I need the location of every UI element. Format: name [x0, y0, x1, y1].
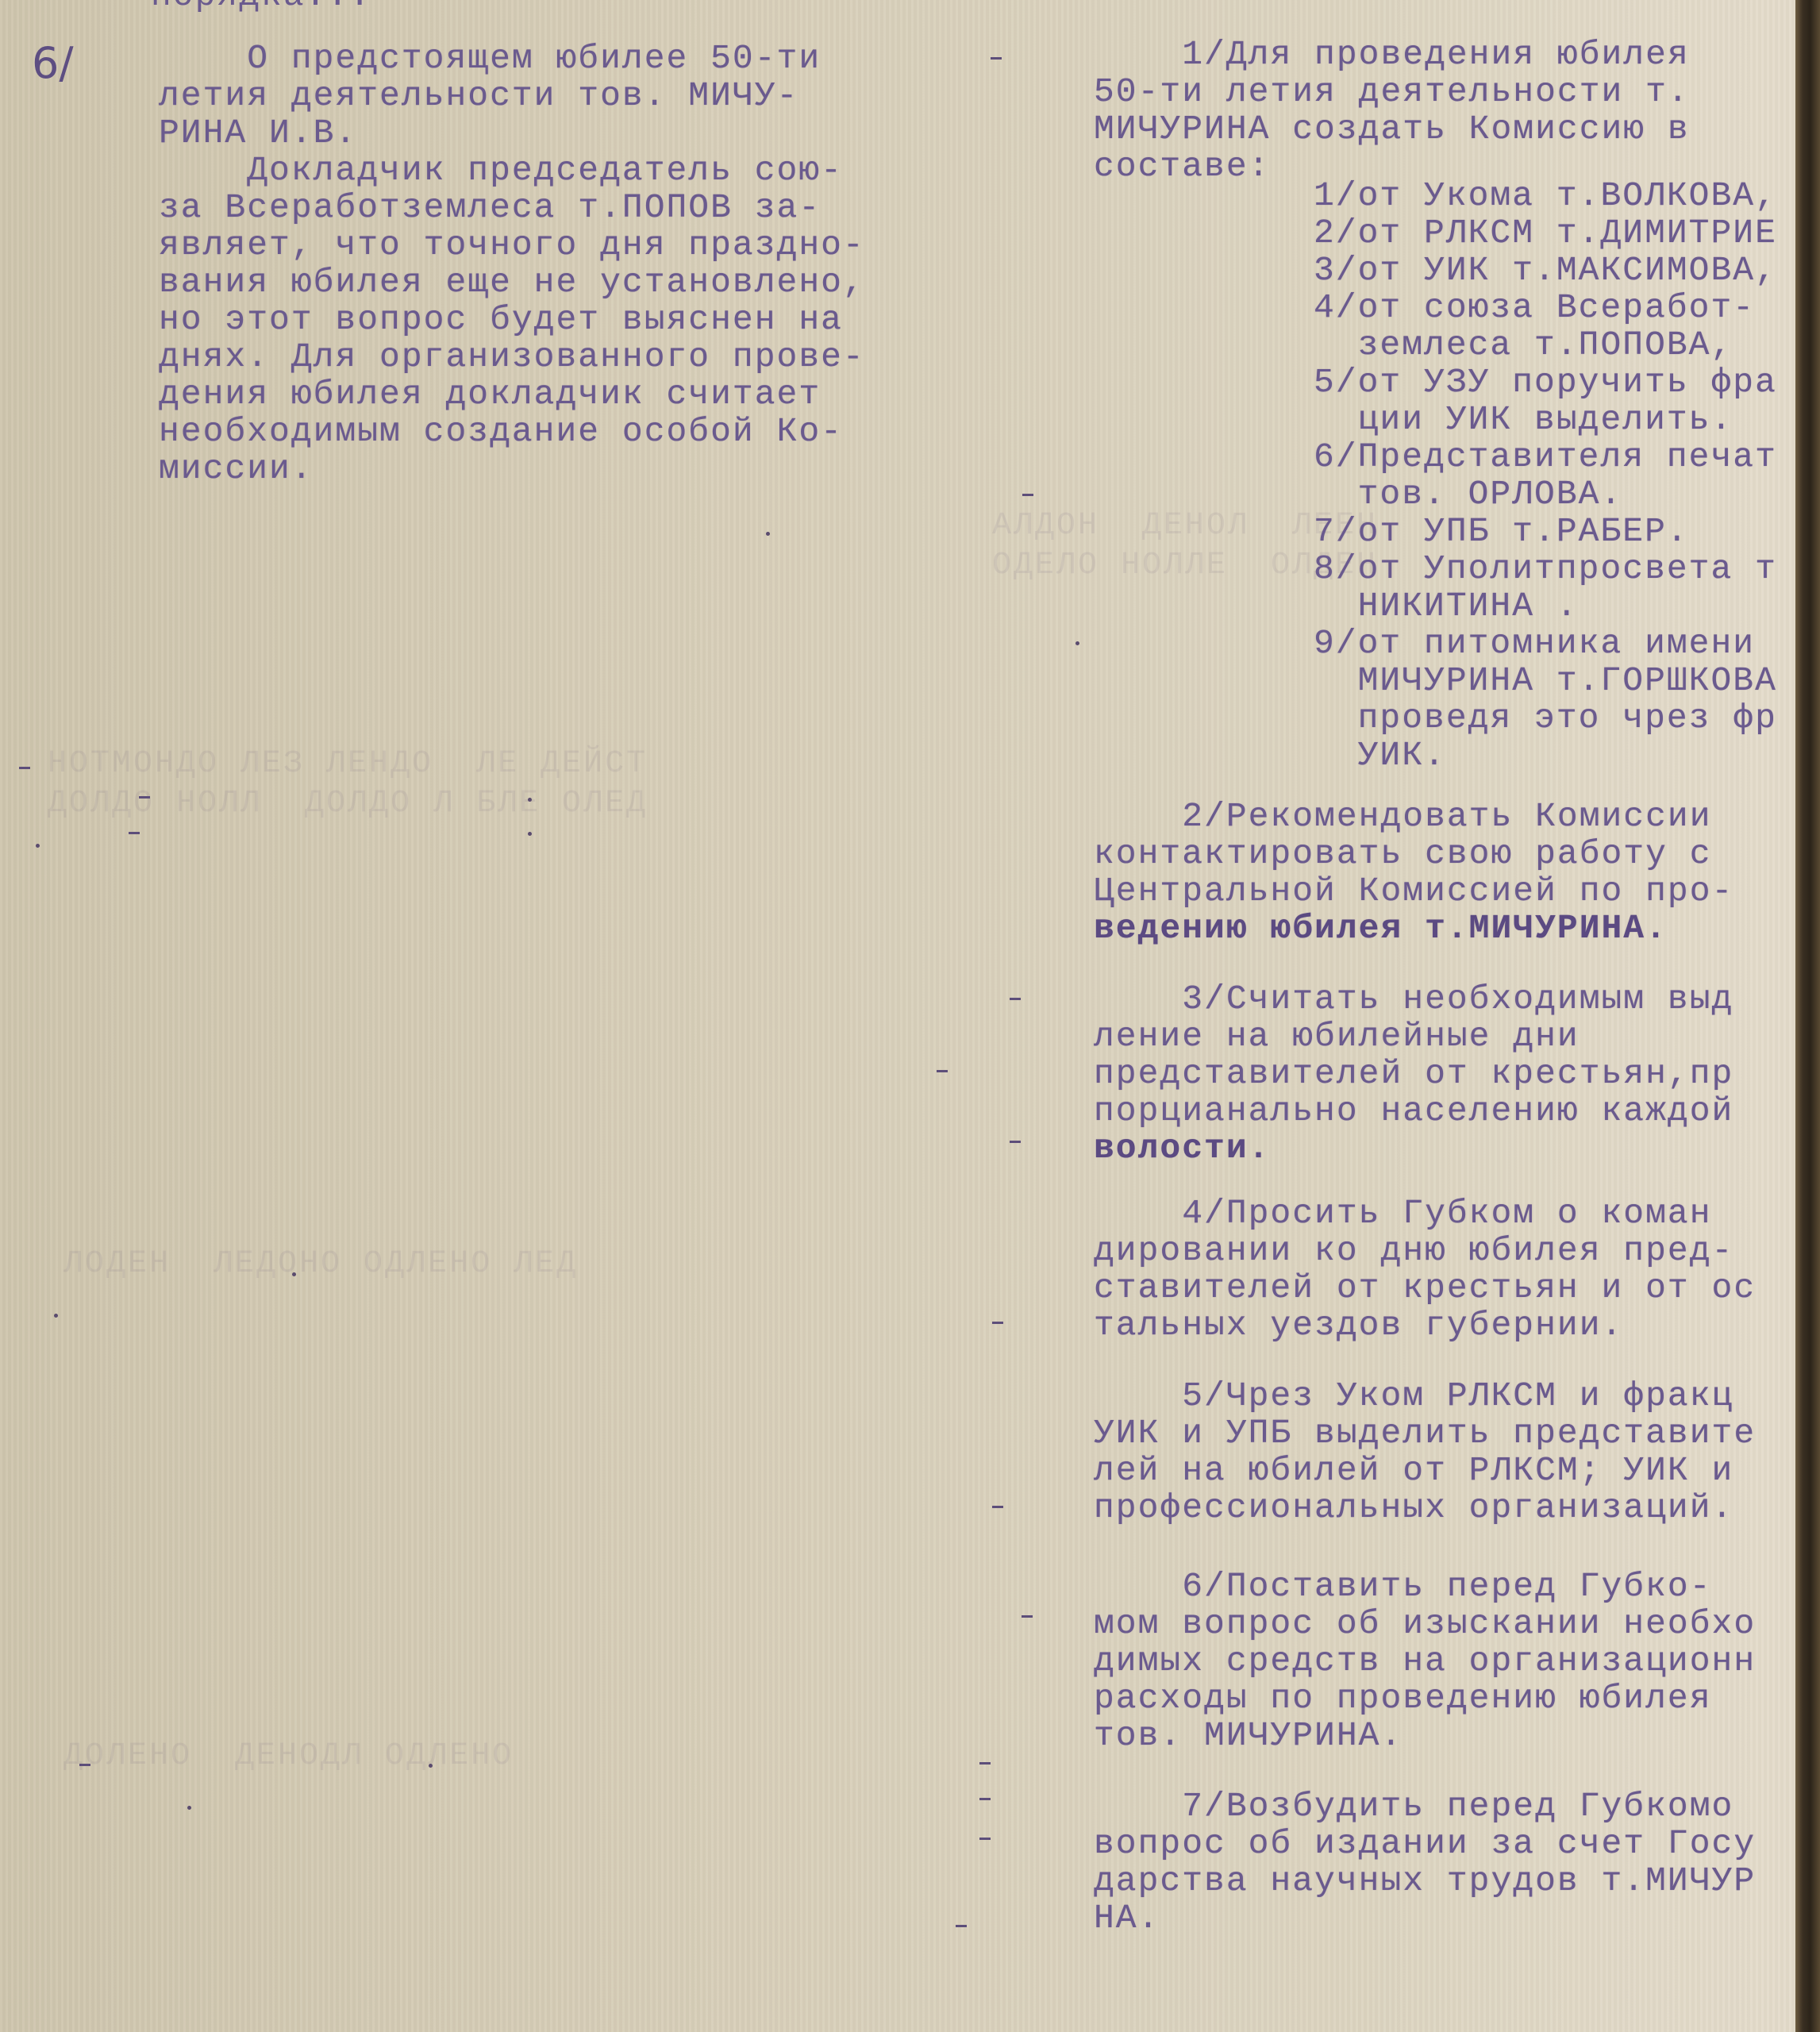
stray-dash-mark [19, 767, 30, 769]
stray-dash-mark [129, 832, 140, 834]
text-line: дения юбилея докладчик считает [159, 375, 821, 413]
cut-off-previous-line: порядка... [151, 0, 371, 15]
member-item: землеса т.ПОПОВА, [1314, 326, 1733, 364]
member-item: 5/от УЗУ поручить фра [1314, 364, 1777, 401]
member-item: ции УИК выделить. [1314, 401, 1733, 438]
text-line: являет, что точного дня праздно- [159, 226, 865, 264]
text-line: 2/Рекомендовать Комиссии [1094, 798, 1712, 835]
stray-dot-mark [36, 844, 40, 848]
text-line: тов. МИЧУРИНА. [1094, 1717, 1403, 1754]
member-item: 9/от питомника имени [1314, 625, 1755, 662]
text-line: ление на юбилейные дни [1094, 1018, 1580, 1055]
stray-dot-mark [1075, 641, 1079, 645]
text-line: вания юбилея еще не установлено, [159, 264, 865, 301]
text-line: за Всеработземлеса т.ПОПОВ за- [159, 189, 821, 226]
text-line: вопрос об издании за счет Госу [1094, 1825, 1756, 1862]
text-line: Докладчик председатель сою- [159, 152, 843, 189]
stray-dash-mark [1010, 998, 1021, 1000]
agenda-item-number: 6/ [32, 38, 74, 88]
stray-dash-mark [992, 1322, 1003, 1324]
stray-dot-mark [292, 1272, 296, 1276]
stray-dash-mark [1010, 1141, 1021, 1143]
text-line: составе: [1094, 148, 1270, 185]
text-line: дарства научных трудов т.МИЧУР [1094, 1862, 1756, 1899]
text-line: контактировать свою работу с [1094, 835, 1712, 872]
text-line: необходимым создание особой Ко- [159, 413, 843, 450]
bleed-through-text: ЛОДЕН ЛЕДОНО ОДЛЕНО ЛЕД [63, 1246, 578, 1282]
member-item: МИЧУРИНА т.ГОРШКОВА [1314, 662, 1777, 699]
stray-dot-mark [54, 1314, 58, 1318]
text-line: ставителей от крестьян и от ос [1094, 1269, 1756, 1307]
stray-dash-mark [79, 1764, 90, 1766]
member-item: 4/от союза Всеработ- [1314, 289, 1755, 326]
member-item: проведя это чрез фр [1314, 699, 1777, 737]
text-line: ведению юбилея т.МИЧУРИНА. [1094, 910, 1668, 947]
text-line: профессиональных организаций. [1094, 1489, 1733, 1526]
stray-dash-mark [937, 1070, 948, 1072]
stray-dot-mark [766, 532, 770, 536]
stray-dash-mark [1022, 494, 1033, 496]
stray-dot-mark [187, 1806, 191, 1810]
member-item: 8/от Уполитпросвета т [1314, 550, 1777, 587]
stray-dash-mark [956, 1925, 967, 1927]
stray-dash-mark [979, 1838, 991, 1840]
text-line: порцианально населению каждой [1094, 1092, 1733, 1130]
member-item: 6/Представителя печат [1314, 438, 1777, 475]
text-line: 5/Чрез Уком РЛКСМ и фракц [1094, 1377, 1733, 1414]
text-line: МИЧУРИНА создать Комиссию в [1094, 110, 1690, 148]
text-line: мом вопрос об изыскании необхо [1094, 1605, 1756, 1642]
text-line: НА. [1094, 1899, 1160, 1937]
stray-dash-mark [139, 796, 150, 799]
text-line: представителей от крестьян,пр [1094, 1055, 1733, 1092]
member-item: НИКИТИНА . [1314, 587, 1579, 625]
stray-dot-mark [528, 798, 532, 802]
text-line: РИНА И.В. [159, 114, 357, 152]
stray-dash-mark [992, 1506, 1003, 1508]
text-line: тальных уездов губернии. [1094, 1307, 1623, 1344]
bleed-through-text: ДОЛДО НОЛЛ ДОЛДО Л БЛЕ ОЛЕД [48, 786, 648, 822]
text-line: 50-ти летия деятельности т. [1094, 73, 1690, 110]
text-line: но этот вопрос будет выяснен на [159, 301, 843, 338]
text-line: Центральной Комиссией по про- [1094, 872, 1733, 910]
binding-edge [1795, 0, 1820, 2032]
stray-dot-mark [528, 832, 532, 836]
stray-dash-mark [979, 1762, 991, 1765]
stray-dot-mark [429, 1764, 433, 1768]
member-item: 7/от УПБ т.РАБЕР. [1314, 513, 1689, 550]
member-item: 3/от УИК т.МАКСИМОВА, [1314, 252, 1777, 289]
text-line: летия деятельности тов. МИЧУ- [159, 77, 798, 114]
text-line: О предстоящем юбилее 50-ти [159, 40, 821, 77]
member-item: УИК. [1314, 737, 1446, 774]
text-line: расходы по проведению юбилея [1094, 1680, 1712, 1717]
text-line: дировании ко дню юбилея пред- [1094, 1232, 1733, 1269]
text-line: 4/Просить Губком о коман [1094, 1195, 1712, 1232]
text-line: димых средств на организационн [1094, 1642, 1756, 1680]
text-line: 7/Возбудить перед Губкомо [1094, 1788, 1733, 1825]
stray-dash-mark [1022, 1615, 1033, 1618]
member-item: 1/от Укома т.ВОЛКОВА, [1314, 177, 1777, 214]
stray-dash-mark [991, 57, 1002, 60]
bleed-through-text: ДОЛЕНО ДЕНОДЛ ОДЛЕНО [63, 1738, 514, 1774]
text-line: днях. Для организованного прове- [159, 338, 865, 375]
text-line: волости. [1094, 1130, 1270, 1167]
text-line: УИК и УПБ выделить представите [1094, 1414, 1756, 1452]
text-line: 6/Поставить перед Губко- [1094, 1568, 1712, 1605]
member-item: тов. ОРЛОВА. [1314, 475, 1622, 513]
text-line: 3/Считать необходимым выд [1094, 980, 1733, 1018]
text-line: миссии. [159, 450, 314, 487]
member-item: 2/от РЛКСМ т.ДИМИТРИЕ [1314, 214, 1777, 252]
document-page: НОТМОНДО ЛЕЗ ЛЕНДО ЛЕ ДЕЙСТ ДОЛДО НОЛЛ Д… [0, 0, 1795, 2032]
text-line: лей на юбилей от РЛКСМ; УИК и [1094, 1452, 1733, 1489]
text-line: 1/Для проведения юбилея [1094, 36, 1690, 73]
stray-dash-mark [979, 1798, 991, 1800]
bleed-through-text: НОТМОНДО ЛЕЗ ЛЕНДО ЛЕ ДЕЙСТ [48, 746, 648, 782]
